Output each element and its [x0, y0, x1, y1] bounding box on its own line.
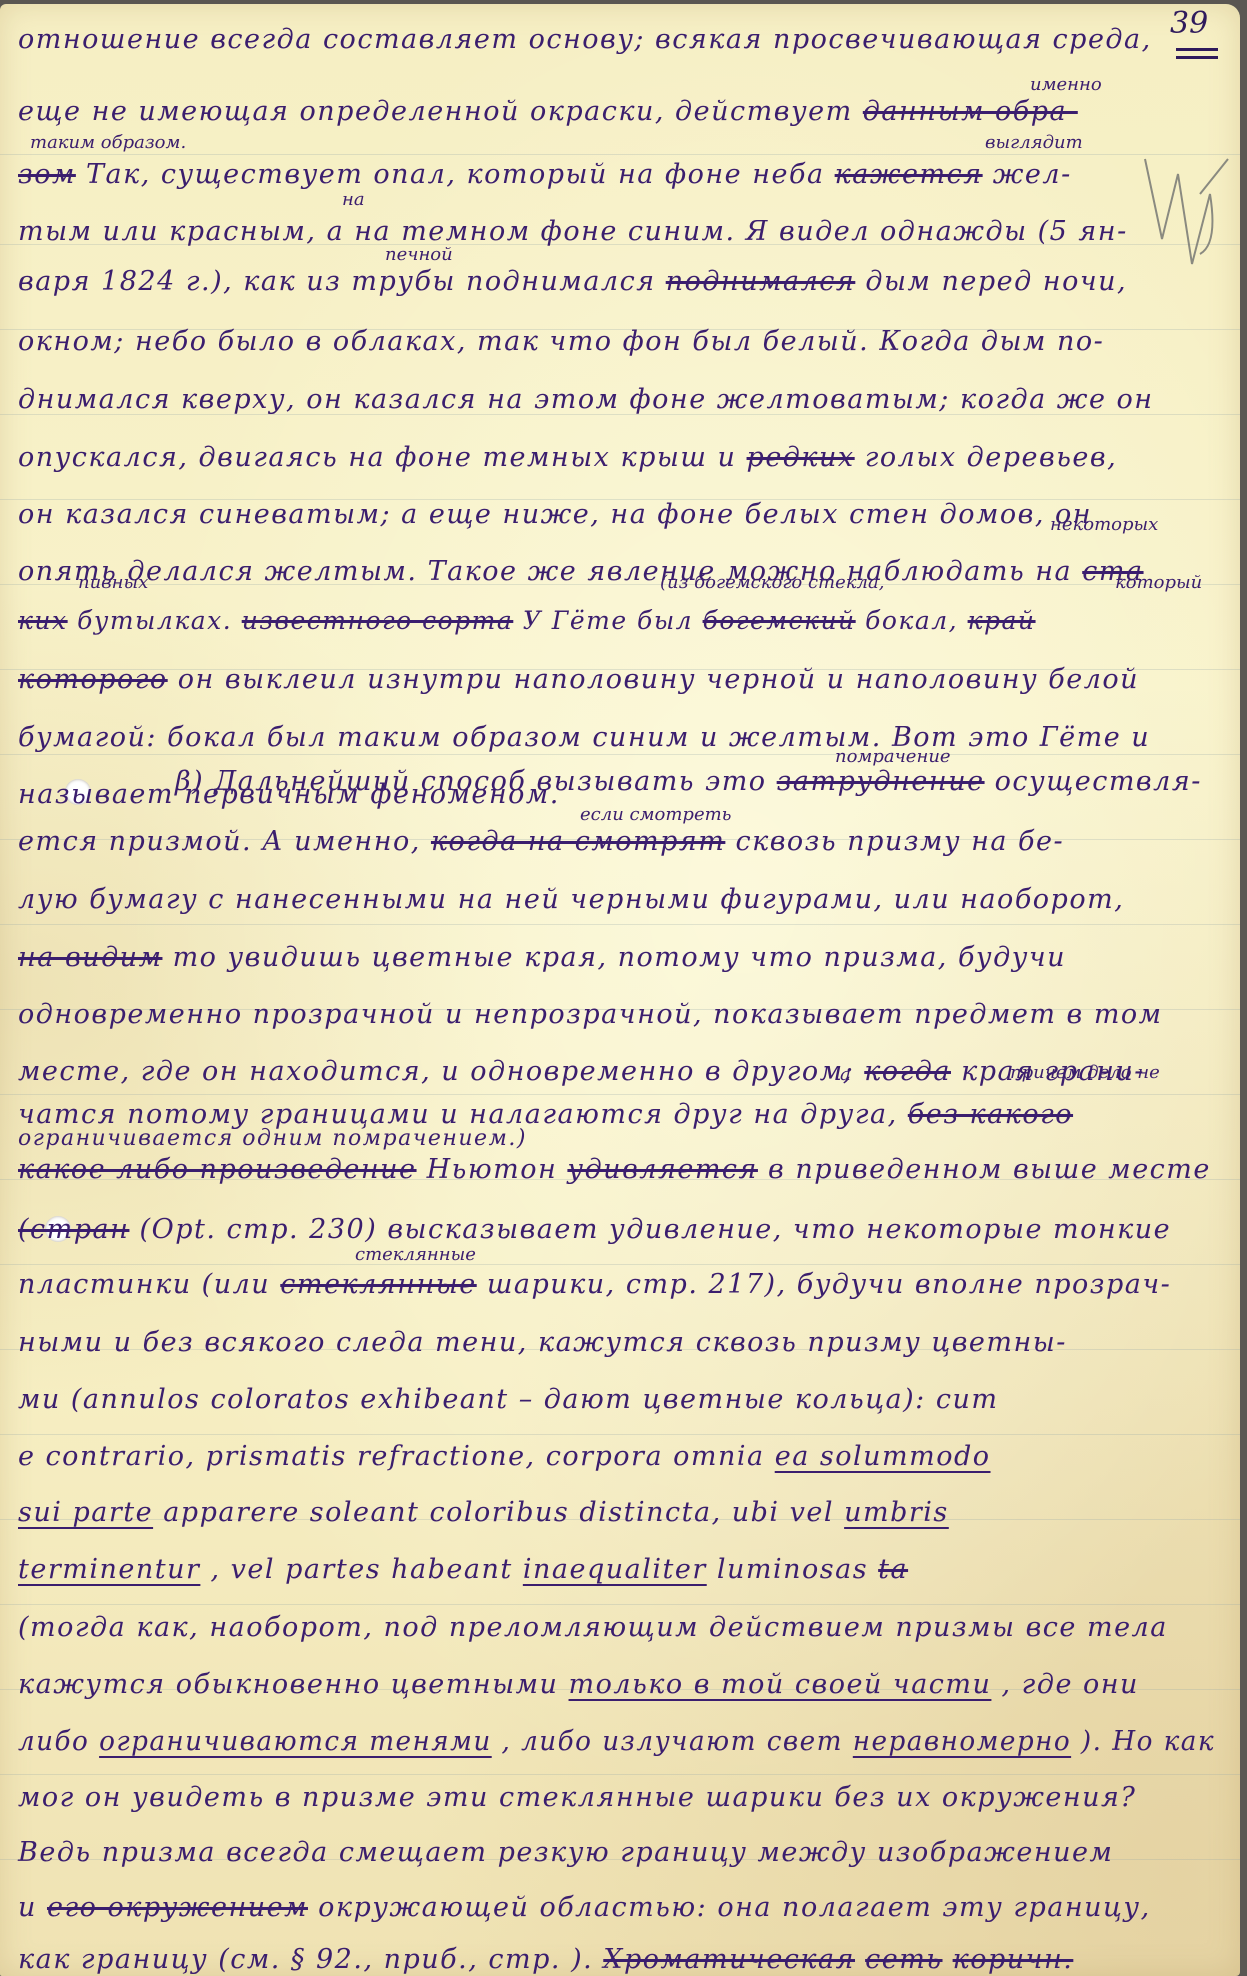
page-number: 39: [1170, 6, 1208, 41]
manuscript-line: опускался, двигаясь на фоне темных крыш …: [18, 442, 1117, 473]
struck-text: удивляется: [567, 1154, 758, 1185]
struck-text: ких: [18, 606, 68, 635]
manuscript-line: ми (annulos coloratos exhibeant – дают ц…: [18, 1384, 998, 1415]
struck-text: стеклянные: [280, 1269, 476, 1300]
manuscript-line: бумагой: бокал был таким образом синим и…: [18, 722, 1150, 753]
manuscript-line: и его окружением окружающей областью: он…: [18, 1892, 1151, 1923]
interlinear-insertion: причем дело не: [1010, 1062, 1160, 1083]
struck-text: без какого: [908, 1099, 1073, 1130]
manuscript-line: он казался синеватым; а еще ниже, на фон…: [18, 499, 1092, 530]
ruled-line: [0, 154, 1240, 155]
struck-text: сеть: [865, 1944, 942, 1975]
interlinear-insertion-line: ограничивается одним помрачением.): [18, 1126, 527, 1151]
struck-text: Хроматическая: [603, 1944, 855, 1975]
interlinear-insertion: выглядит: [985, 132, 1083, 153]
struck-text: затруднение: [777, 766, 985, 797]
manuscript-line: кажутся обыкновенно цветными только в то…: [18, 1669, 1139, 1700]
interlinear-insertion: а: [840, 1064, 851, 1085]
interlinear-insertion: помрачение: [835, 746, 951, 767]
manuscript-line: окном; небо было в облаках, так что фон …: [18, 326, 1104, 357]
underlined-text: inaequaliter: [523, 1554, 707, 1585]
underlined-text: неравномерно: [853, 1726, 1071, 1757]
struck-text: известного сорта: [242, 606, 514, 635]
manuscript-line: ких бутылках. известного сорта У Гёте бы…: [18, 606, 1036, 635]
manuscript-line: (стран (Opt. стр. 230) высказывает удивл…: [18, 1214, 1171, 1245]
manuscript-line: какое либо произведение Ньютон удивляетс…: [18, 1154, 1211, 1185]
manuscript-line: β) Дальнейший способ вызывать это затруд…: [175, 766, 1202, 797]
manuscript-line: варя 1824 г.), как из трубы поднимался п…: [18, 266, 1127, 297]
ruled-line: [0, 1264, 1240, 1265]
manuscript-page: 39 отношение всегда составляет основу; в…: [0, 4, 1240, 1976]
struck-text: когда на смотрят: [431, 826, 725, 857]
manuscript-line: Ведь призма всегда смещает резкую границ…: [18, 1837, 1113, 1868]
interlinear-insertion: таким образом.: [30, 132, 186, 153]
manuscript-line: terminentur , vel partes habeant inaequa…: [18, 1554, 908, 1585]
struck-text: редких: [747, 442, 855, 473]
ruled-line: [0, 924, 1240, 925]
ruled-line: [0, 1774, 1240, 1775]
manuscript-line: мог он увидеть в призме эти стеклянные ш…: [18, 1782, 1136, 1813]
struck-text: богемский: [703, 606, 856, 635]
interlinear-insertion: который: [1115, 572, 1202, 593]
struck-text: когда: [864, 1056, 951, 1087]
struck-text: коричн.: [953, 1944, 1074, 1975]
manuscript-line: пластинки (или стеклянные шарики, стр. 2…: [18, 1269, 1171, 1300]
struck-text: данным обра-: [863, 96, 1078, 127]
ruled-line: [0, 754, 1240, 755]
manuscript-line: e contrario, prismatis refractione, corp…: [18, 1441, 991, 1472]
struck-text: какое либо произведение: [18, 1154, 417, 1185]
interlinear-insertion: некоторых: [1050, 514, 1158, 535]
page-number-underline: [1176, 56, 1218, 59]
struck-text: ta: [878, 1554, 908, 1585]
manuscript-line: (тогда как, наоборот, под преломляющим д…: [18, 1612, 1168, 1643]
manuscript-line: на видим то увидишь цветные края, потому…: [18, 942, 1066, 973]
interlinear-insertion: (из богемского стекла,: [660, 572, 884, 593]
manuscript-line: месте, где он находится, и одновременно …: [18, 1056, 1145, 1087]
underlined-text: только в той своей части: [569, 1669, 992, 1700]
manuscript-line: днимался кверху, он казался на этом фоне…: [18, 384, 1154, 415]
interlinear-insertion: печной: [385, 244, 453, 265]
interlinear-insertion: пивных: [78, 572, 148, 593]
ruled-line: [0, 1434, 1240, 1435]
underlined-text: terminentur: [18, 1554, 200, 1585]
struck-text: край: [968, 606, 1036, 635]
manuscript-line: которого он выклеил изнутри наполовину ч…: [18, 664, 1139, 695]
pencil-margin-mark-icon: [1140, 154, 1230, 274]
manuscript-line: тым или красным, а на темном фоне синим.…: [18, 216, 1128, 247]
ruled-line: [0, 1094, 1240, 1095]
manuscript-line: одновременно прозрачной и непрозрачной, …: [18, 999, 1163, 1030]
underlined-text: ea solummodo: [775, 1441, 991, 1472]
manuscript-line: отношение всегда составляет основу; всяк…: [18, 24, 1152, 55]
interlinear-insertion: стеклянные: [355, 1244, 476, 1265]
underlined-text: sui parte: [18, 1497, 153, 1528]
manuscript-line: ется призмой. А именно, когда на смотрят…: [18, 826, 1064, 857]
manuscript-line: sui parte apparere soleant coloribus dis…: [18, 1497, 949, 1528]
underlined-text: umbris: [844, 1497, 949, 1528]
struck-text: его окружением: [47, 1892, 308, 1923]
struck-text: кажется: [835, 159, 983, 190]
manuscript-line: либо ограничиваются тенями , либо излуча…: [18, 1726, 1215, 1757]
struck-text: (стран: [18, 1214, 129, 1245]
struck-text: на видим: [18, 942, 162, 973]
manuscript-line: ными и без всякого следа тени, кажутся с…: [18, 1327, 1067, 1358]
struck-text: которого: [18, 664, 168, 695]
interlinear-insertion: на: [342, 189, 365, 210]
page-number-underline: [1176, 48, 1218, 51]
ruled-line: [0, 1604, 1240, 1605]
manuscript-line: как границу (см. § 92., приб., стр. ). Х…: [18, 1944, 1073, 1975]
manuscript-line: еще не имеющая определенной окраски, дей…: [18, 96, 1078, 127]
struck-text: зом: [18, 159, 76, 190]
underlined-text: ограничиваются тенями: [99, 1726, 492, 1757]
manuscript-line: лую бумагу с нанесенными на ней черными …: [18, 884, 1124, 915]
manuscript-line: опять делался желтым. Такое же явление м…: [18, 556, 1144, 587]
manuscript-line: зом Так, существует опал, который на фон…: [18, 159, 1072, 190]
struck-text: поднимался: [666, 266, 856, 297]
interlinear-insertion: именно: [1030, 74, 1102, 95]
interlinear-insertion: если смотреть: [580, 804, 731, 825]
